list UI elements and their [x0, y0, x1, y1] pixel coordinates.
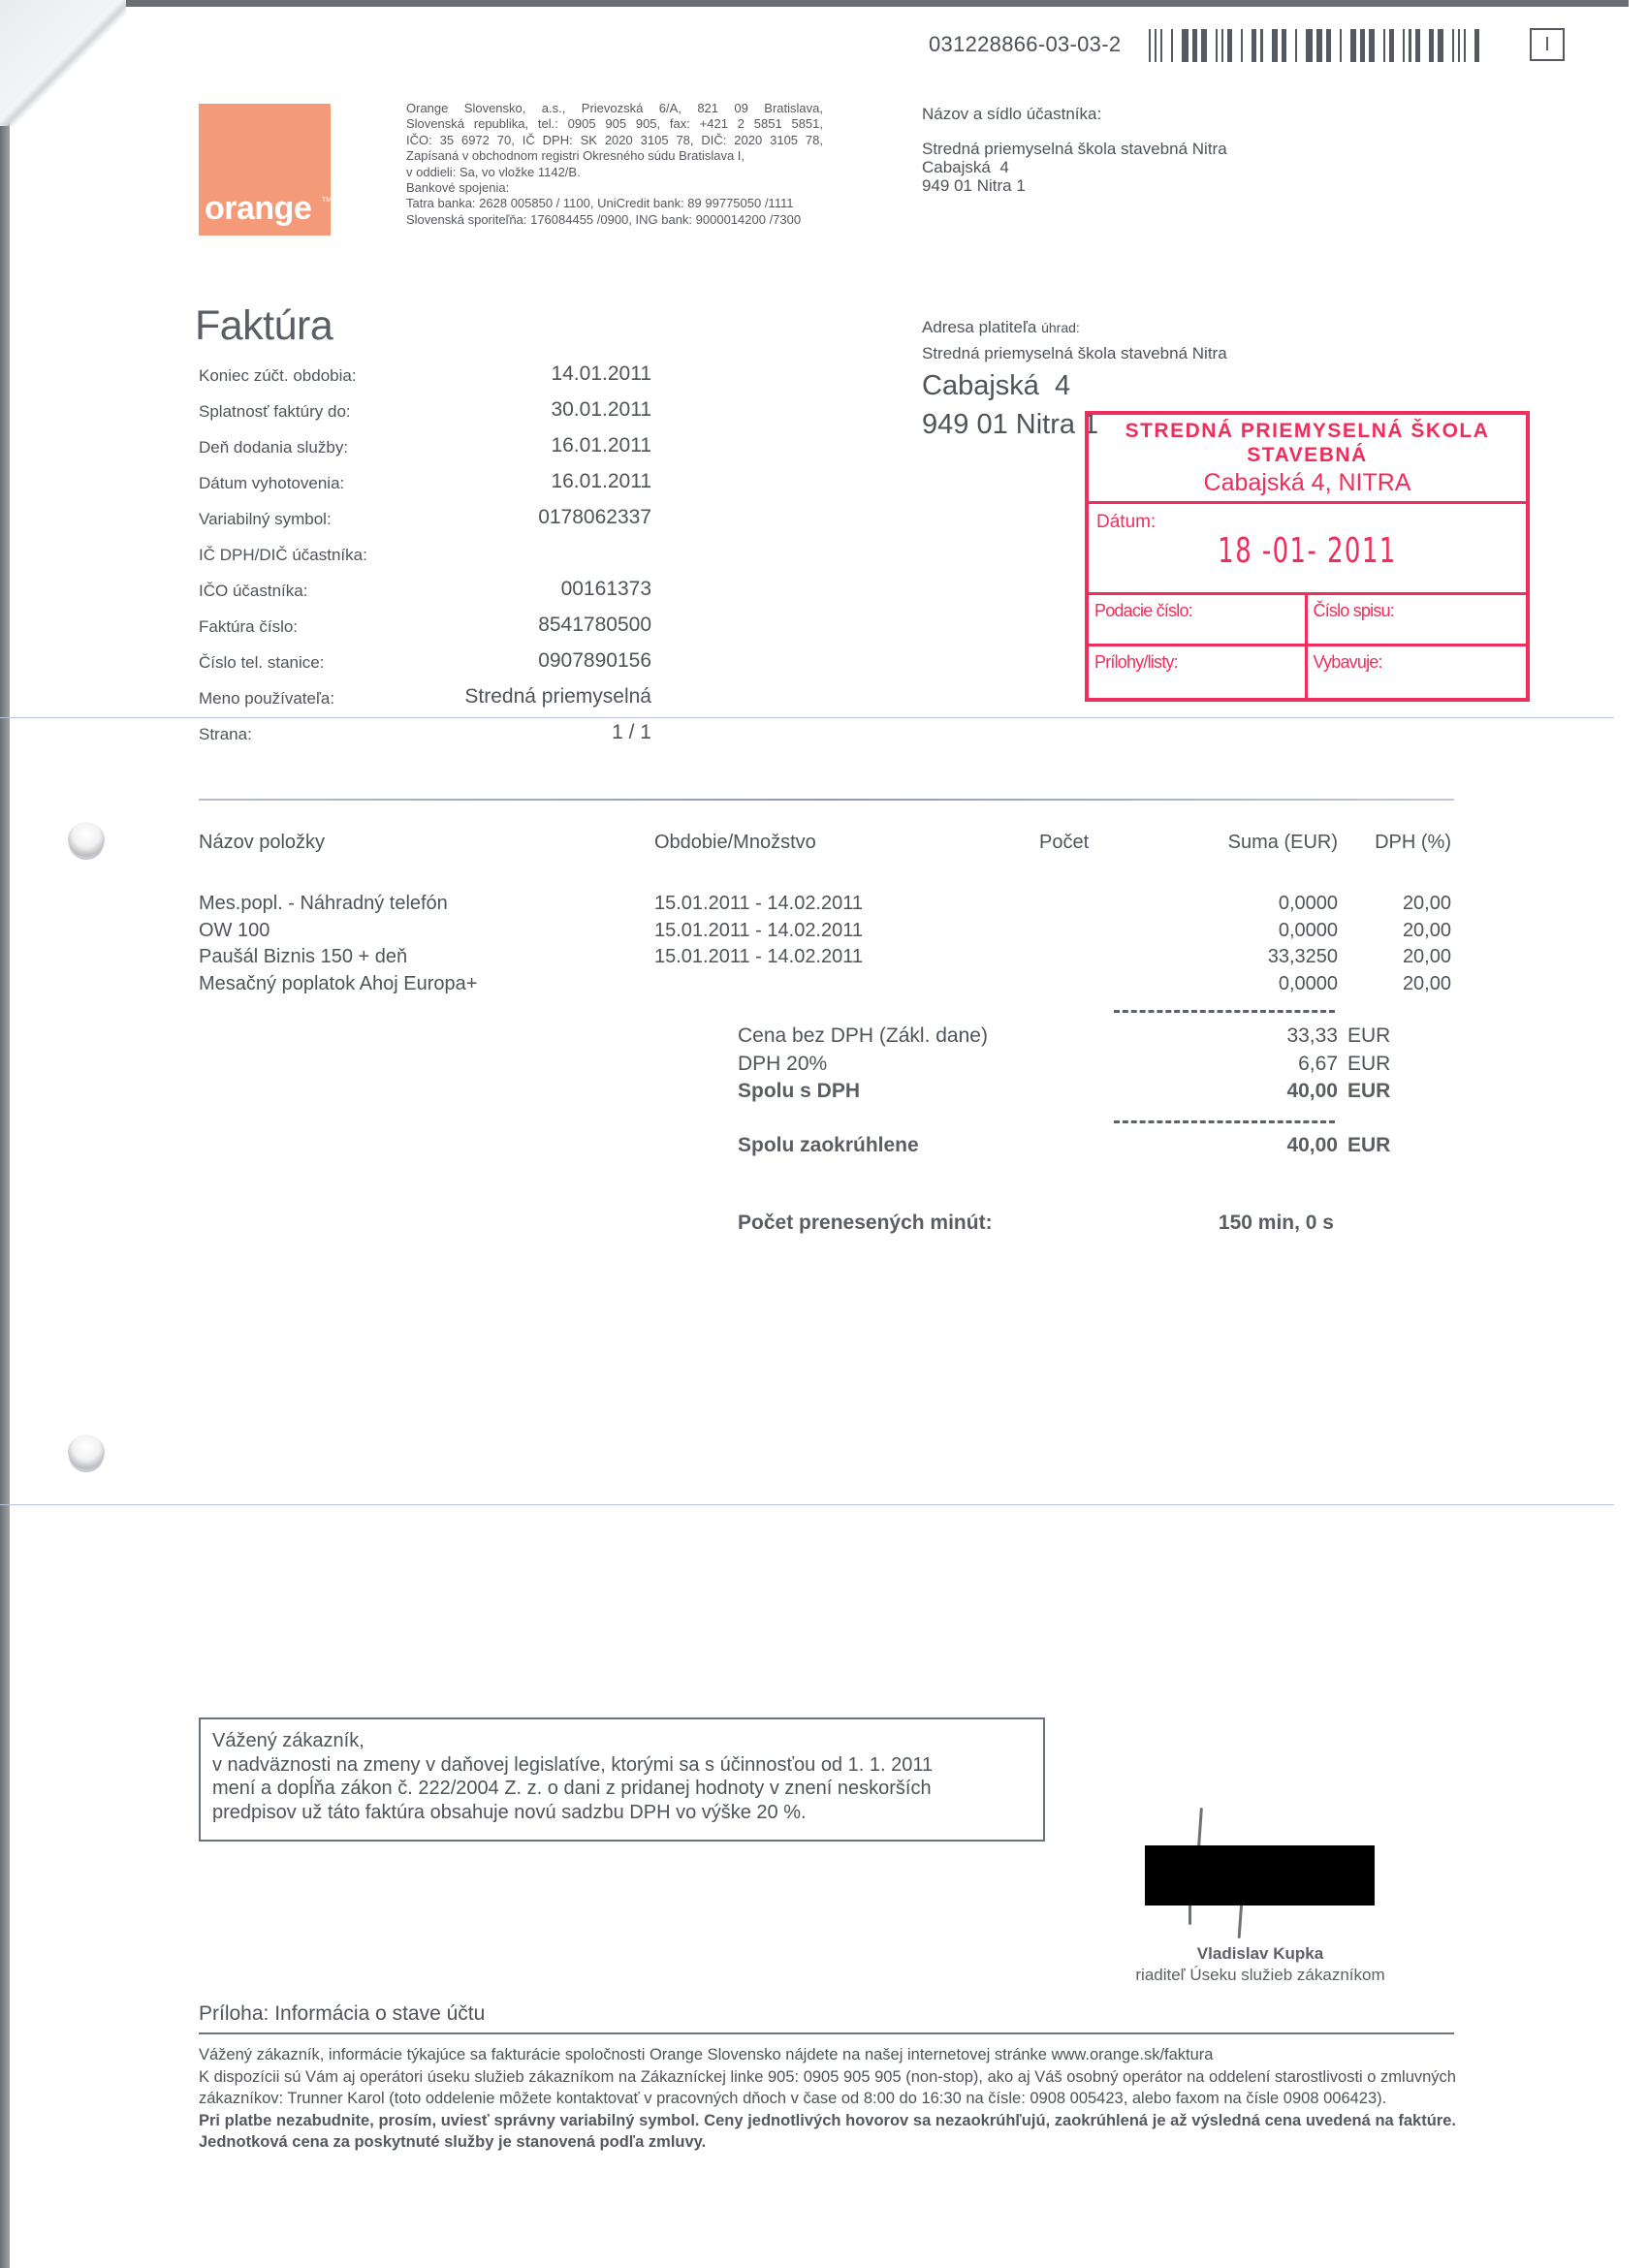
- item-vat: 20,00: [1354, 944, 1451, 971]
- footer-payment-note: Pri platbe nezabudnite, prosím, uviesť s…: [199, 2110, 1456, 2154]
- invoice-field-row: IČO účastníka:00161373: [199, 572, 651, 601]
- header-item-name: Názov položky: [199, 832, 325, 854]
- invoice-field-label: Variabilný symbol:: [199, 510, 332, 529]
- payer-city: 949 01 Nitra 1: [922, 405, 1098, 444]
- invoice-field-label: Číslo tel. stanice:: [199, 653, 324, 673]
- invoice-field-value: 8541780500: [538, 614, 651, 637]
- item-period: 15.01.2011 - 14.02.2011: [654, 918, 863, 945]
- summary-label: Cena bez DPH (Zákl. dane): [738, 1023, 988, 1051]
- folded-corner: [0, 0, 126, 126]
- stamp-date-section: Dátum: 18 -01- 2011: [1089, 504, 1526, 595]
- invoice-field-value: Stredná priemyselná: [464, 685, 651, 709]
- attachment-divider: [199, 2032, 1454, 2034]
- summary-labels: Cena bez DPH (Zákl. dane)DPH 20%Spolu s …: [738, 1023, 988, 1106]
- item-sum: 0,0000: [1144, 918, 1338, 945]
- subscriber-label: Názov a sídlo účastníka:: [922, 105, 1101, 124]
- subscriber-address: Stredná priemyselná škola stavebná Nitra…: [922, 140, 1227, 195]
- items-vat-column: 20,0020,0020,0020,00: [1354, 891, 1451, 997]
- stamp-school-type: STAVEBNÁ: [1089, 444, 1526, 467]
- company-info-line: Zapísaná v obchodnom registri Okresného …: [406, 148, 823, 164]
- payer-label-main: Adresa platiteľa: [922, 318, 1041, 336]
- invoice-field-value: 0907890156: [538, 649, 651, 673]
- punch-hole-bottom: [68, 1434, 105, 1469]
- transferred-minutes-label: Počet prenesených minút:: [738, 1210, 993, 1238]
- summary-currency: EUREUREUR: [1347, 1023, 1390, 1106]
- invoice-field-row: Číslo tel. stanice:0907890156: [199, 644, 651, 673]
- company-info-line: Bankové spojenia:: [406, 180, 823, 196]
- item-name: OW 100: [199, 918, 477, 945]
- table-top-divider: [199, 799, 1454, 801]
- footer-info: Vážený zákazník, informácie týkajúce sa …: [199, 2044, 1456, 2154]
- attachment-title: Príloha: Informácia o stave účtu: [199, 2002, 485, 2026]
- summary-value: 40,00: [1144, 1078, 1338, 1106]
- paper-fold-line: [0, 1504, 1614, 1505]
- invoice-title: Faktúra: [195, 302, 333, 350]
- item-name: Mesačný poplatok Ahoj Europa+: [199, 971, 477, 998]
- company-info-line: Orange Slovensko, a.s., Prievozská 6/A, …: [406, 101, 823, 116]
- signature-area: [1125, 1803, 1415, 1938]
- notice-line: mení a dopĺňa zákon č. 222/2004 Z. z. o …: [212, 1777, 1031, 1801]
- invoice-field-row: Variabilný symbol:0178062337: [199, 500, 651, 529]
- item-period: 15.01.2011 - 14.02.2011: [654, 944, 863, 971]
- invoice-field-label: Deň dodania služby:: [199, 438, 348, 457]
- payer-address: Cabajská 4 949 01 Nitra 1: [922, 366, 1098, 444]
- stamp-attachments: Prílohy/listy:: [1089, 646, 1308, 698]
- footer-website-line: Vážený zákazník, informácie týkajúce sa …: [199, 2044, 1456, 2066]
- logo-text: orange: [205, 190, 311, 228]
- notice-line: predpisov už táto faktúra obsahuje novú …: [212, 1801, 1031, 1825]
- summary-values: 33,336,6740,00: [1144, 1023, 1338, 1106]
- vat-notice-box: Vážený zákazník,v nadväznosti na zmeny v…: [199, 1717, 1045, 1842]
- invoice-field-value: 0178062337: [538, 506, 651, 529]
- notice-line: Vážený zákazník,: [212, 1729, 1031, 1753]
- rounded-total-label: Spolu zaokrúhlene: [738, 1132, 919, 1160]
- item-vat: 20,00: [1354, 891, 1451, 918]
- company-info-line: IČO: 35 6972 70, IČ DPH: SK 2020 3105 78…: [406, 133, 823, 148]
- summary-currency: EUR: [1347, 1023, 1390, 1051]
- barcode: [1149, 29, 1483, 62]
- invoice-field-value: 00161373: [561, 578, 651, 601]
- invoice-field-label: Meno používateľa:: [199, 689, 334, 709]
- item-name: Mes.popl. - Náhradný telefón: [199, 891, 477, 918]
- summary-label: DPH 20%: [738, 1051, 988, 1079]
- invoice-field-row: Meno používateľa:Stredná priemyselná: [199, 679, 651, 709]
- orange-logo: orange TM: [199, 104, 331, 236]
- invoice-field-value: 30.01.2011: [551, 398, 651, 422]
- summary-value: 33,33: [1144, 1023, 1338, 1051]
- item-vat: 20,00: [1354, 971, 1451, 998]
- received-stamp: STREDNÁ PRIEMYSELNÁ ŠKOLA STAVEBNÁ Cabaj…: [1085, 411, 1530, 702]
- header-count: Počet: [1039, 832, 1089, 854]
- item-period: [654, 971, 863, 998]
- company-info-line: Slovenská sporiteľňa: 176084455 /0900, I…: [406, 212, 823, 228]
- payer-label-small: úhrad:: [1041, 320, 1080, 335]
- invoice-field-row: Faktúra číslo:8541780500: [199, 608, 651, 637]
- item-vat: 20,00: [1354, 918, 1451, 945]
- invoice-field-value: 1 / 1: [612, 721, 651, 744]
- items-sum-column: 0,00000,000033,32500,0000: [1144, 891, 1338, 997]
- stamp-fields: Podacie číslo: Číslo spisu: Prílohy/list…: [1089, 595, 1526, 698]
- invoice-field-row: Splatnosť faktúry do:30.01.2011: [199, 393, 651, 422]
- header-sum: Suma (EUR): [1144, 832, 1338, 854]
- invoice-field-value: 16.01.2011: [551, 434, 651, 457]
- stamp-file-number: Číslo spisu:: [1308, 595, 1527, 646]
- invoice-field-label: Splatnosť faktúry do:: [199, 402, 351, 422]
- logo-trademark: TM: [322, 197, 332, 204]
- stamp-header: STREDNÁ PRIEMYSELNÁ ŠKOLA STAVEBNÁ Cabaj…: [1089, 415, 1526, 504]
- company-info: Orange Slovensko, a.s., Prievozská 6/A, …: [406, 101, 823, 228]
- summary-dashed-divider-2: [1114, 1120, 1335, 1123]
- invoice-field-label: Strana:: [199, 725, 252, 744]
- stamp-filing-number: Podacie číslo:: [1089, 595, 1308, 646]
- payer-name: Stredná priemyselná škola stavebná Nitra: [922, 344, 1227, 363]
- items-name-column: Mes.popl. - Náhradný telefónOW 100Paušál…: [199, 891, 477, 997]
- invoice-field-label: IČO účastníka:: [199, 582, 307, 601]
- scan-edge-top: [0, 0, 1629, 7]
- stamp-date-value: 18 -01- 2011: [1150, 531, 1465, 592]
- signatory-role: riaditeľ Úseku služieb zákazníkom: [1086, 1966, 1435, 1985]
- invoice-field-row: Koniec zúčt. obdobia:14.01.2011: [199, 357, 651, 386]
- stamp-handled-by: Vybavuje:: [1308, 646, 1527, 698]
- invoice-field-row: Dátum vyhotovenia:16.01.2011: [199, 464, 651, 493]
- invoice-field-label: Faktúra číslo:: [199, 617, 298, 637]
- stamp-date-label: Dátum:: [1089, 504, 1526, 533]
- company-info-line: Slovenská republika, tel.: 0905 905 905,…: [406, 116, 823, 132]
- item-name: Paušál Biznis 150 + deň: [199, 944, 477, 971]
- summary-currency: EUR: [1347, 1078, 1390, 1106]
- invoice-field-value: 14.01.2011: [551, 362, 651, 386]
- payer-label: Adresa platiteľa úhrad:: [922, 318, 1080, 337]
- item-sum: 0,0000: [1144, 891, 1338, 918]
- company-info-line: Tatra banka: 2628 005850 / 1100, UniCred…: [406, 196, 823, 211]
- stamp-address: Cabajská 4, NITRA: [1089, 467, 1526, 501]
- invoice-field-label: IČ DPH/DIČ účastníka:: [199, 546, 367, 565]
- summary-value: 6,67: [1144, 1051, 1338, 1079]
- summary-currency: EUR: [1347, 1051, 1390, 1079]
- item-period: 15.01.2011 - 14.02.2011: [654, 891, 863, 918]
- item-sum: 33,3250: [1144, 944, 1338, 971]
- header-vat: DPH (%): [1354, 832, 1451, 854]
- document-code: 031228866-03-03-2: [929, 32, 1121, 57]
- notice-line: v nadväznosti na zmeny v daňovej legisla…: [212, 1753, 1031, 1778]
- signatory-name: Vladislav Kupka: [1086, 1944, 1435, 1964]
- footer-contact-paragraph: K dispozícii sú Vám aj operátori úseku s…: [199, 2066, 1456, 2110]
- page-indicator-box: I: [1530, 28, 1565, 61]
- invoice-field-row: Deň dodania služby:16.01.2011: [199, 428, 651, 457]
- invoice-field-row: IČ DPH/DIČ účastníka:: [199, 536, 651, 565]
- summary-dashed-divider: [1114, 1010, 1335, 1013]
- items-period-column: 15.01.2011 - 14.02.201115.01.2011 - 14.0…: [654, 891, 863, 997]
- stamp-school-name: STREDNÁ PRIEMYSELNÁ ŠKOLA: [1089, 415, 1526, 444]
- invoice-field-row: Strana:1 / 1: [199, 715, 651, 744]
- item-sum: 0,0000: [1144, 971, 1338, 998]
- subscriber-city: 949 01 Nitra 1: [922, 176, 1227, 195]
- company-info-line: v oddieli: Sa, vo vložke 1142/B.: [406, 165, 823, 180]
- rounded-total-value: 40,00: [1144, 1132, 1338, 1160]
- invoice-field-label: Koniec zúčt. obdobia:: [199, 366, 357, 386]
- invoice-field-label: Dátum vyhotovenia:: [199, 474, 344, 493]
- subscriber-street: Cabajská 4: [922, 158, 1227, 176]
- transferred-minutes-value: 150 min, 0 s: [1140, 1210, 1334, 1238]
- summary-label: Spolu s DPH: [738, 1078, 988, 1106]
- invoice-field-value: 16.01.2011: [551, 470, 651, 493]
- payer-street: Cabajská 4: [922, 366, 1098, 405]
- scan-edge-left: [0, 0, 10, 2268]
- subscriber-name: Stredná priemyselná škola stavebná Nitra: [922, 140, 1227, 158]
- punch-hole-top: [68, 822, 105, 857]
- rounded-total-currency: EUR: [1347, 1132, 1390, 1160]
- header-period: Obdobie/Množstvo: [654, 832, 816, 854]
- redacted-signature: [1145, 1845, 1375, 1906]
